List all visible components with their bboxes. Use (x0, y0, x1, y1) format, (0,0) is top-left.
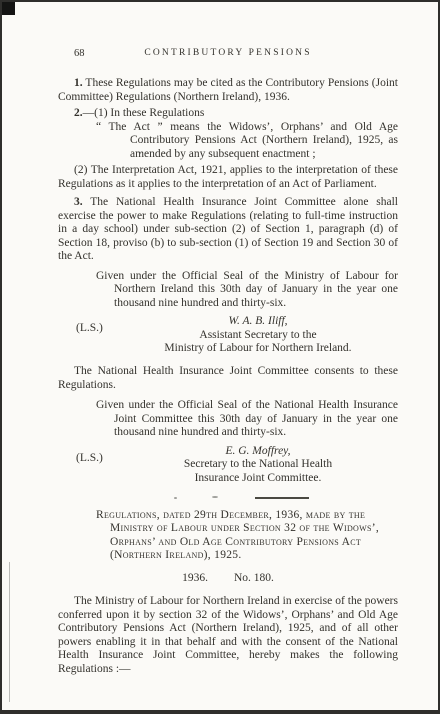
next-instrument-heading: Regulations, dated 29th December, 1936, … (110, 509, 398, 563)
signatory-title-1-line2: Ministry of Labour for Northern Ireland. (118, 342, 398, 356)
seal-mark-2: (L.S.) (76, 452, 103, 464)
signature-row-2: (L.S.) E. G. Moffrey, Secretary to the N… (58, 445, 398, 487)
sealing-clause-1: Given under the Official Seal of the Min… (114, 270, 398, 311)
running-header: 68 CONTRIBUTORY PENSIONS (58, 48, 398, 62)
article-2-sub2: (2) The Interpretation Act, 1921, applie… (58, 164, 398, 191)
signatory-name-2: E. G. Moffrey, (118, 445, 398, 459)
running-header-title: CONTRIBUTORY PENSIONS (58, 48, 398, 58)
signatory-title-1-line1: Assistant Secretary to the (118, 329, 398, 343)
article-3-text: The National Health Insurance Joint Comm… (58, 196, 398, 262)
scan-fold-line (9, 562, 10, 702)
article-1: 1. These Regulations may be cited as the… (58, 77, 398, 104)
sr-no: No. 180. (234, 572, 274, 584)
signature-row-1: (L.S.) W. A. B. Iliff, Assistant Secreta… (58, 315, 398, 357)
signature-block-1: W. A. B. Iliff, Assistant Secretary to t… (118, 315, 398, 356)
article-1-number: 1. (74, 77, 83, 89)
page-content: 68 CONTRIBUTORY PENSIONS 1. These Regula… (2, 2, 438, 710)
scan-speck (212, 496, 218, 498)
article-3: 3. The National Health Insurance Joint C… (58, 196, 398, 264)
article-2-definition: “ The Act ” means the Widows’, Orphans’ … (130, 121, 398, 162)
article-2-intro-text: —(1) In these Regulations (83, 107, 205, 119)
next-instrument-preamble: The Ministry of Labour for Northern Irel… (58, 595, 398, 676)
seal-mark-1: (L.S.) (76, 322, 103, 334)
sealing-clause-2: Given under the Official Seal of the Nat… (114, 399, 398, 440)
document-page: 68 CONTRIBUTORY PENSIONS 1. These Regula… (0, 0, 440, 714)
signatory-name-1: W. A. B. Iliff, (118, 315, 398, 329)
page-number: 68 (74, 48, 85, 59)
signature-block-2: E. G. Moffrey, Secretary to the National… (118, 445, 398, 486)
article-2-number: 2. (74, 107, 83, 119)
sr-year: 1936. (182, 572, 208, 584)
scan-speck (139, 152, 141, 154)
signatory-title-2-line2: Insurance Joint Committee. (118, 472, 398, 486)
consent-paragraph: The National Health Insurance Joint Comm… (58, 365, 398, 392)
section-separator-rule (255, 497, 309, 499)
scan-corner-mark (2, 2, 15, 15)
article-2-intro: 2.—(1) In these Regulations (58, 107, 398, 121)
statutory-rule-number: 1936.No. 180. (58, 572, 398, 586)
article-3-number: 3. (74, 196, 83, 208)
article-1-text: These Regulations may be cited as the Co… (58, 77, 398, 103)
signatory-title-2-line1: Secretary to the National Health (118, 458, 398, 472)
scan-speck (174, 497, 177, 499)
